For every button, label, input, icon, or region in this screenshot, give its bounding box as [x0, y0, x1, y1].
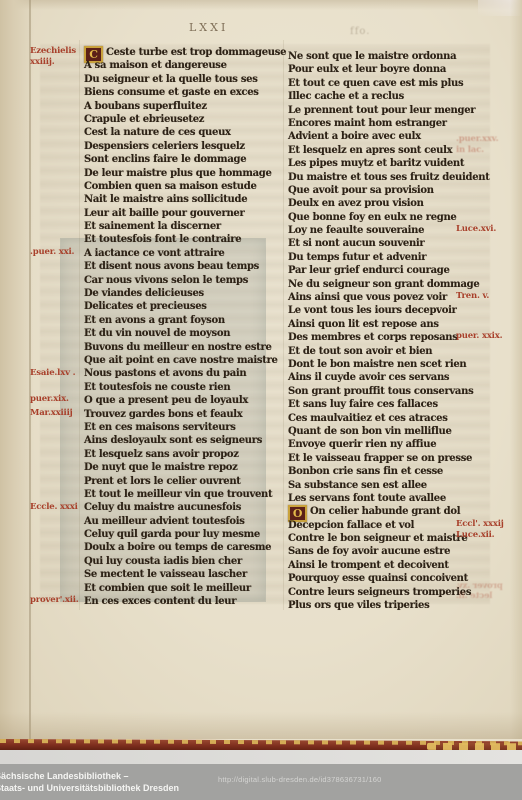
verse-line: Dont le bon maistre nen scet rien — [288, 358, 472, 371]
verse-line: Doulx a boire ou temps de caresme — [84, 541, 266, 554]
verse-line: A sa maison et dangereuse — [84, 59, 266, 72]
margin-citation: lecte .ii. — [456, 591, 492, 602]
library-name-line2: Staats- und Universitätsbibliothek Dresd… — [0, 783, 245, 795]
verse-line: Ainsi le trompent et decoivent — [288, 559, 472, 572]
verse-line: Ne du seigneur son grant dommage — [288, 278, 472, 291]
margin-citation: Esaie.lxv . — [30, 368, 75, 379]
text-column-right: Ne sont que le maistre ordonnaPour eulx … — [288, 50, 472, 612]
verse-line: Et combien que soit le meilleur — [84, 582, 266, 595]
verse-line: Celuy du maistre aucunesfois — [84, 501, 266, 514]
permalink-url: http://digital.slub-dresden.de/id3786367… — [218, 775, 382, 784]
verse-line: Ces maulvaitiez et ces atraces — [288, 412, 472, 425]
margin-citation: puer.xix. — [30, 394, 69, 405]
verse-line: A iactance ce vont attraire — [84, 247, 266, 260]
verse-line: Du maistre et tous ses fruitz deuident — [288, 171, 472, 184]
verse-line: A boubans superfluitez — [84, 100, 266, 113]
verse-line: Et toutesfois font le contraire — [84, 233, 266, 246]
verse-line: Les pipes muytz et baritz vuident — [288, 157, 472, 170]
verse-line: Et en avons a grant foyson — [84, 314, 266, 327]
verse-line: Et tout ce quen cave est mis plus — [288, 77, 472, 90]
library-name-line1: Sächsische Landesbibliothek – — [0, 771, 245, 783]
margin-citation: .puer.xxv. — [456, 134, 498, 145]
margin-citation: Mar.xxiiij — [30, 408, 72, 419]
verse-line: Et en ces maisons serviteurs — [84, 421, 266, 434]
verse-line: Sa substance sen est allee — [288, 479, 472, 492]
page-bottom-shadow — [0, 712, 522, 739]
verse-line: Ains ainsi que vous povez voir — [288, 291, 472, 304]
verse-line: Et sans luy faire ces fallaces — [288, 398, 472, 411]
margin-citation: Luce.xii. — [456, 530, 494, 541]
verse-line: Prent et lors le celier ouvrent — [84, 475, 266, 488]
verse-line: De nuyt que le maistre repoz — [84, 461, 266, 474]
verse-line: Ains il cuyde avoir ces servans — [288, 371, 472, 384]
margin-citation: Luce.xvi. — [456, 224, 496, 235]
verse-line: Contre le bon seigneur et maistre — [288, 532, 472, 545]
verse-line: Crapule et ebrieusetez — [84, 113, 266, 126]
verse-line: Au meilleur advient toutesfois — [84, 515, 266, 528]
verse-line: Nous pastons et avons du pain — [84, 367, 266, 380]
folio-number-bleed: ffo. — [350, 26, 370, 37]
verse-line: Du seigneur et la quelle tous ses — [84, 73, 266, 86]
page-top-shadow — [0, 0, 522, 10]
verse-line: Quant de son bon vin melliflue — [288, 425, 472, 438]
verse-line: CCeste turbe est trop dommageuse — [84, 46, 266, 59]
verse-line: Ne sont que le maistre ordonna — [288, 50, 472, 63]
verse-line: Cest la nature de ces queux — [84, 126, 266, 139]
verse-line: Et toutesfois ne couste rien — [84, 381, 266, 394]
fore-edge-shadow — [510, 0, 522, 739]
text-column-left: CCeste turbe est trop dommageuseA sa mai… — [84, 46, 266, 608]
verse-line: Pourquoy esse quainsi concoivent — [288, 572, 472, 585]
scan-viewport: LXXI ffo. CCeste turbe est trop dommageu… — [0, 0, 522, 800]
verse-line: Sans de foy avoir aucune estre — [288, 545, 472, 558]
folio-number: LXXI — [189, 21, 228, 34]
verse-line: Buvons du meilleur en nostre estre — [84, 341, 266, 354]
verse-line: Car nous vivons selon le temps — [84, 274, 266, 287]
verse-line: Advient a boire avec eulx — [288, 130, 472, 143]
verse-line: Ainsi quon lit est repose ans — [288, 318, 472, 331]
verse-line: Nait le maistre ains sollicitude — [84, 193, 266, 206]
verse-line: O que a present peu de loyaulx — [84, 394, 266, 407]
verse-line: Les servans font toute avallee — [288, 492, 472, 505]
verse-line: Plus ors que viles triperies — [288, 599, 472, 612]
verse-line: Contre leurs seigneurs tromperies — [288, 586, 472, 599]
verse-line: Trouvez gardes bons et feaulx — [84, 408, 266, 421]
verse-line: Des membres et corps reposans — [288, 331, 472, 344]
margin-citation: Eccle. xxxi — [30, 502, 78, 513]
verse-line: Deulx en avez prou vision — [288, 197, 472, 210]
margin-citation: Ezechielis — [30, 46, 76, 57]
verse-line: Biens consume et gaste en exces — [84, 86, 266, 99]
margin-citation: in lac. — [456, 145, 484, 156]
verse-line: Par leur grief endurci courage — [288, 264, 472, 277]
verse-line: Encores maint hom estranger — [288, 117, 472, 130]
ruling-line-left — [79, 40, 80, 610]
verse-line: De viandes delicieuses — [84, 287, 266, 300]
verse-line: Bonbon crie sans fin et cesse — [288, 465, 472, 478]
verse-line: Ains desloyaulx sont es seigneurs — [84, 434, 266, 447]
verse-line: Celuy quil garda pour luy mesme — [84, 528, 266, 541]
verse-line: En ces exces content du leur — [84, 595, 266, 608]
verse-line: Sont enclins faire le dommage — [84, 153, 266, 166]
verse-line: Son grant prouffit tous conservans — [288, 385, 472, 398]
verse-line: Delicates et precieuses — [84, 300, 266, 313]
verse-line: Et de tout son avoir et bien — [288, 345, 472, 358]
caption-bar: Sächsische Landesbibliothek – Staats- un… — [0, 764, 522, 800]
verse-line: Et disent nous avons beau temps — [84, 260, 266, 273]
library-attribution: Sächsische Landesbibliothek – Staats- un… — [0, 771, 245, 794]
manuscript-page: LXXI ffo. CCeste turbe est trop dommageu… — [0, 0, 522, 739]
verse-line: OOn celier habunde grant dol — [288, 505, 472, 518]
verse-line: Leur ait baille pour gouverner — [84, 207, 266, 220]
verse-line: Pour eulx et leur boyre donna — [288, 63, 472, 76]
margin-citation: Eccl'. xxxij — [456, 519, 504, 530]
background-strip — [0, 750, 522, 764]
verse-line: Du temps futur et advenir — [288, 251, 472, 264]
margin-citation: Tren. v. — [456, 291, 489, 302]
margin-citation: .puer. xxi. — [30, 247, 74, 258]
verse-line: Le prennent tout pour leur menger — [288, 104, 472, 117]
verse-line: Et le vaisseau frapper se on presse — [288, 452, 472, 465]
verse-line: Et si nont aucun souvenir — [288, 237, 472, 250]
margin-citation: prover'.xii. — [30, 595, 79, 606]
verse-line: Et lesquelz sans avoir propoz — [84, 448, 266, 461]
verse-line: Que ait point en cave nostre maistre — [84, 354, 266, 367]
verse-line: Se mectent le vaisseau lascher — [84, 568, 266, 581]
margin-citation: xxiiij. — [30, 57, 54, 68]
margin-citation: puer. xxix. — [456, 331, 502, 342]
verse-line: Que avoit pour sa provision — [288, 184, 472, 197]
verse-line: De leur maistre plus que hommage — [84, 167, 266, 180]
verse-line: Le vont tous les iours decepvoir — [288, 304, 472, 317]
verse-line: Despensiers celeriers lesquelz — [84, 140, 266, 153]
verse-line: Et tout le meilleur vin que trouvent — [84, 488, 266, 501]
verse-line: Combien quen sa maison estude — [84, 180, 266, 193]
verse-line: Et lesquelz en apres sont ceulx — [288, 144, 472, 157]
margin-citation: prover .xv. — [456, 581, 503, 592]
ruling-line-center — [283, 40, 284, 610]
verse-line: Qui luy cousta iadis bien cher — [84, 555, 266, 568]
verse-line: Envoye querir rien ny affiue — [288, 438, 472, 451]
verse-line: Et du vin nouvel de moyson — [84, 327, 266, 340]
verse-line: Que bonne foy en eulx ne regne — [288, 211, 472, 224]
verse-line: Decepcion fallace et vol — [288, 519, 472, 532]
verse-line: Illec cache et a reclus — [288, 90, 472, 103]
verse-line: Loy ne feaulte souveraine — [288, 224, 472, 237]
verse-line: Et sainement la discerner — [84, 220, 266, 233]
